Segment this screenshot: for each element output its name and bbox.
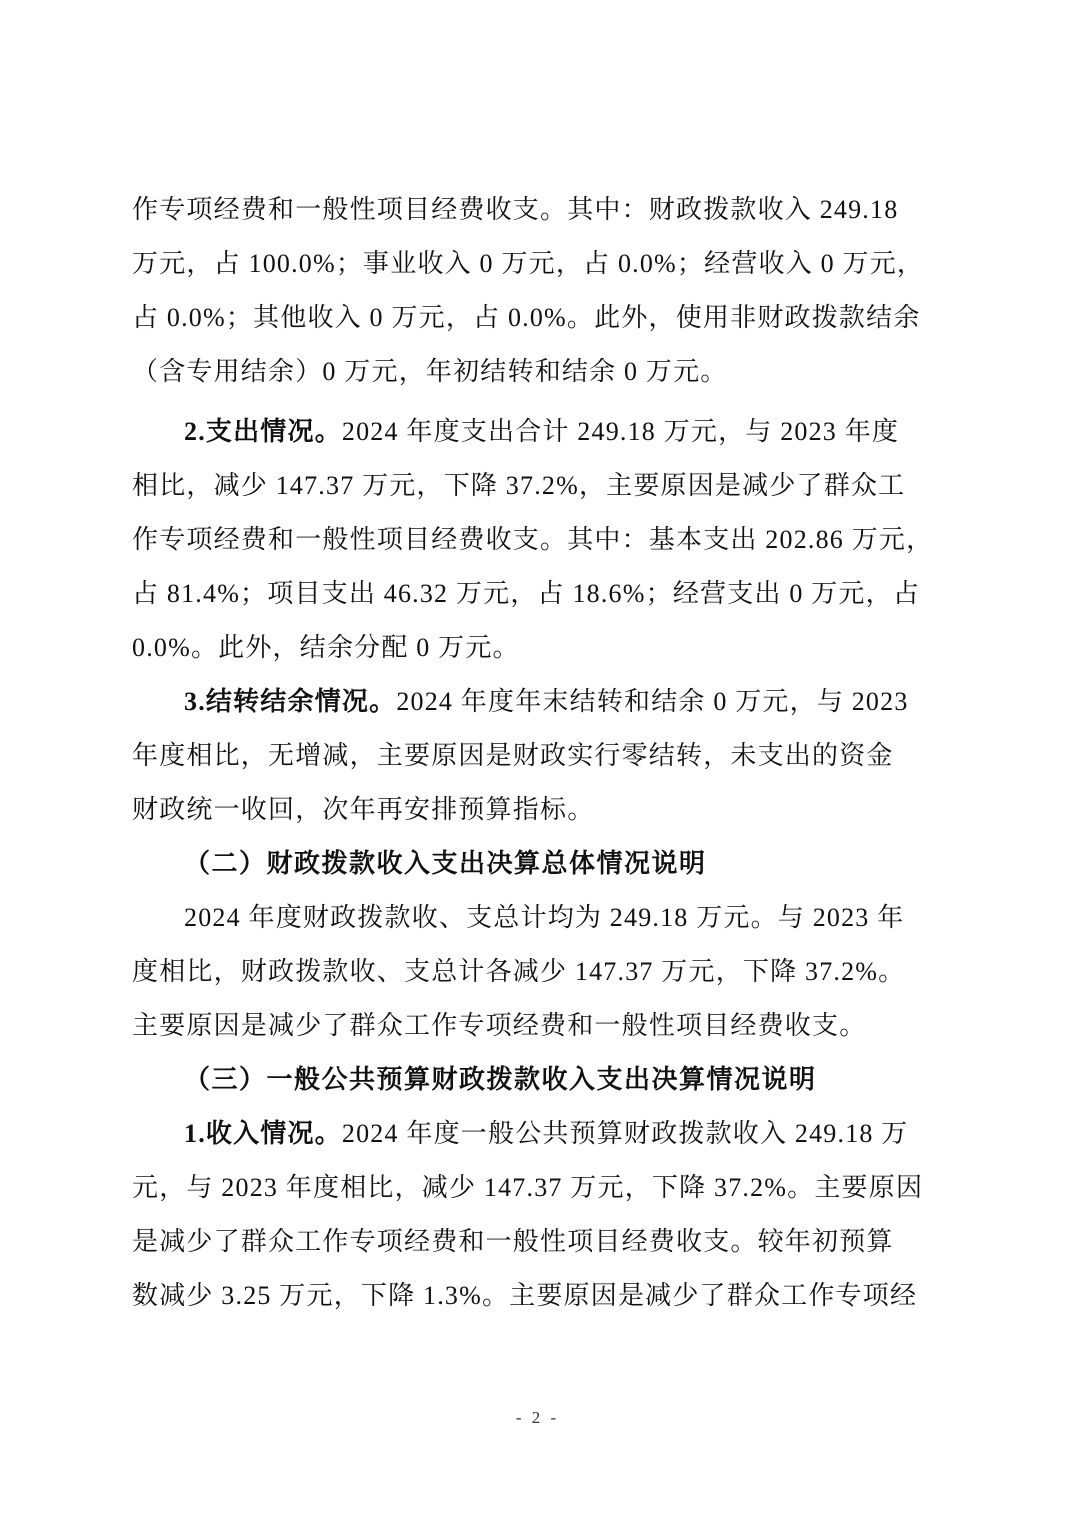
paragraph-line: 是减少了群众工作专项经费和一般性项目经费收支。较年初预算 xyxy=(132,1222,894,1262)
paragraph-line: 元，与 2023 年度相比，减少 147.37 万元，下降 37.2%。主要原因 xyxy=(132,1168,923,1208)
section-heading: （三）一般公共预算财政拨款收入支出决算情况说明 xyxy=(184,1060,817,1100)
income-label: 1.收入情况。 xyxy=(184,1119,342,1148)
expenditure-text: 2024 年度支出合计 249.18 万元，与 2023 年度 xyxy=(342,417,899,446)
paragraph-line: 万元，占 100.0%；事业收入 0 万元，占 0.0%；经营收入 0 万元， xyxy=(132,244,924,284)
paragraph-line: 主要原因是减少了群众工作专项经费和一般性项目经费收支。 xyxy=(132,1006,866,1046)
section-heading: （二）财政拨款收入支出决算总体情况说明 xyxy=(184,844,707,884)
income-paragraph-line-1: 1.收入情况。2024 年度一般公共预算财政拨款收入 249.18 万 xyxy=(184,1114,909,1154)
page-number: - 2 - xyxy=(0,1408,1075,1428)
paragraph-line: 年度相比，无增减，主要原因是财政实行零结转，未支出的资金 xyxy=(132,736,894,776)
carryover-text: 2024 年度年末结转和结余 0 万元，与 2023 xyxy=(396,687,908,716)
paragraph-line: 占 81.4%；项目支出 46.32 万元，占 18.6%；经营支出 0 万元，… xyxy=(132,574,920,614)
expenditure-paragraph-line-1: 2.支出情况。2024 年度支出合计 249.18 万元，与 2023 年度 xyxy=(184,412,899,452)
paragraph-line: 0.0%。此外，结余分配 0 万元。 xyxy=(132,628,520,668)
paragraph-line: 作专项经费和一般性项目经费收支。其中：基本支出 202.86 万元， xyxy=(132,520,933,560)
income-text: 2024 年度一般公共预算财政拨款收入 249.18 万 xyxy=(342,1119,909,1148)
paragraph-line: （含专用结余）0 万元，年初结转和结余 0 万元。 xyxy=(132,352,728,392)
paragraph-line: 财政统一收回，次年再安排预算指标。 xyxy=(132,790,594,830)
paragraph-line: 2024 年度财政拨款收、支总计均为 249.18 万元。与 2023 年 xyxy=(184,898,904,938)
paragraph-line: 作专项经费和一般性项目经费收支。其中：财政拨款收入 249.18 xyxy=(132,190,898,230)
carryover-paragraph-line-1: 3.结转结余情况。2024 年度年末结转和结余 0 万元，与 2023 xyxy=(184,682,909,722)
expenditure-label: 2.支出情况。 xyxy=(184,417,342,446)
paragraph-line: 数减少 3.25 万元，下降 1.3%。主要原因是减少了群众工作专项经 xyxy=(132,1276,917,1316)
carryover-label: 3.结转结余情况。 xyxy=(184,687,396,716)
paragraph-line: 相比，减少 147.37 万元，下降 37.2%，主要原因是减少了群众工 xyxy=(132,466,905,506)
paragraph-line: 占 0.0%；其他收入 0 万元，占 0.0%。此外，使用非财政拨款结余 xyxy=(132,298,921,338)
paragraph-line: 度相比，财政拨款收、支总计各减少 147.37 万元，下降 37.2%。 xyxy=(132,952,905,992)
